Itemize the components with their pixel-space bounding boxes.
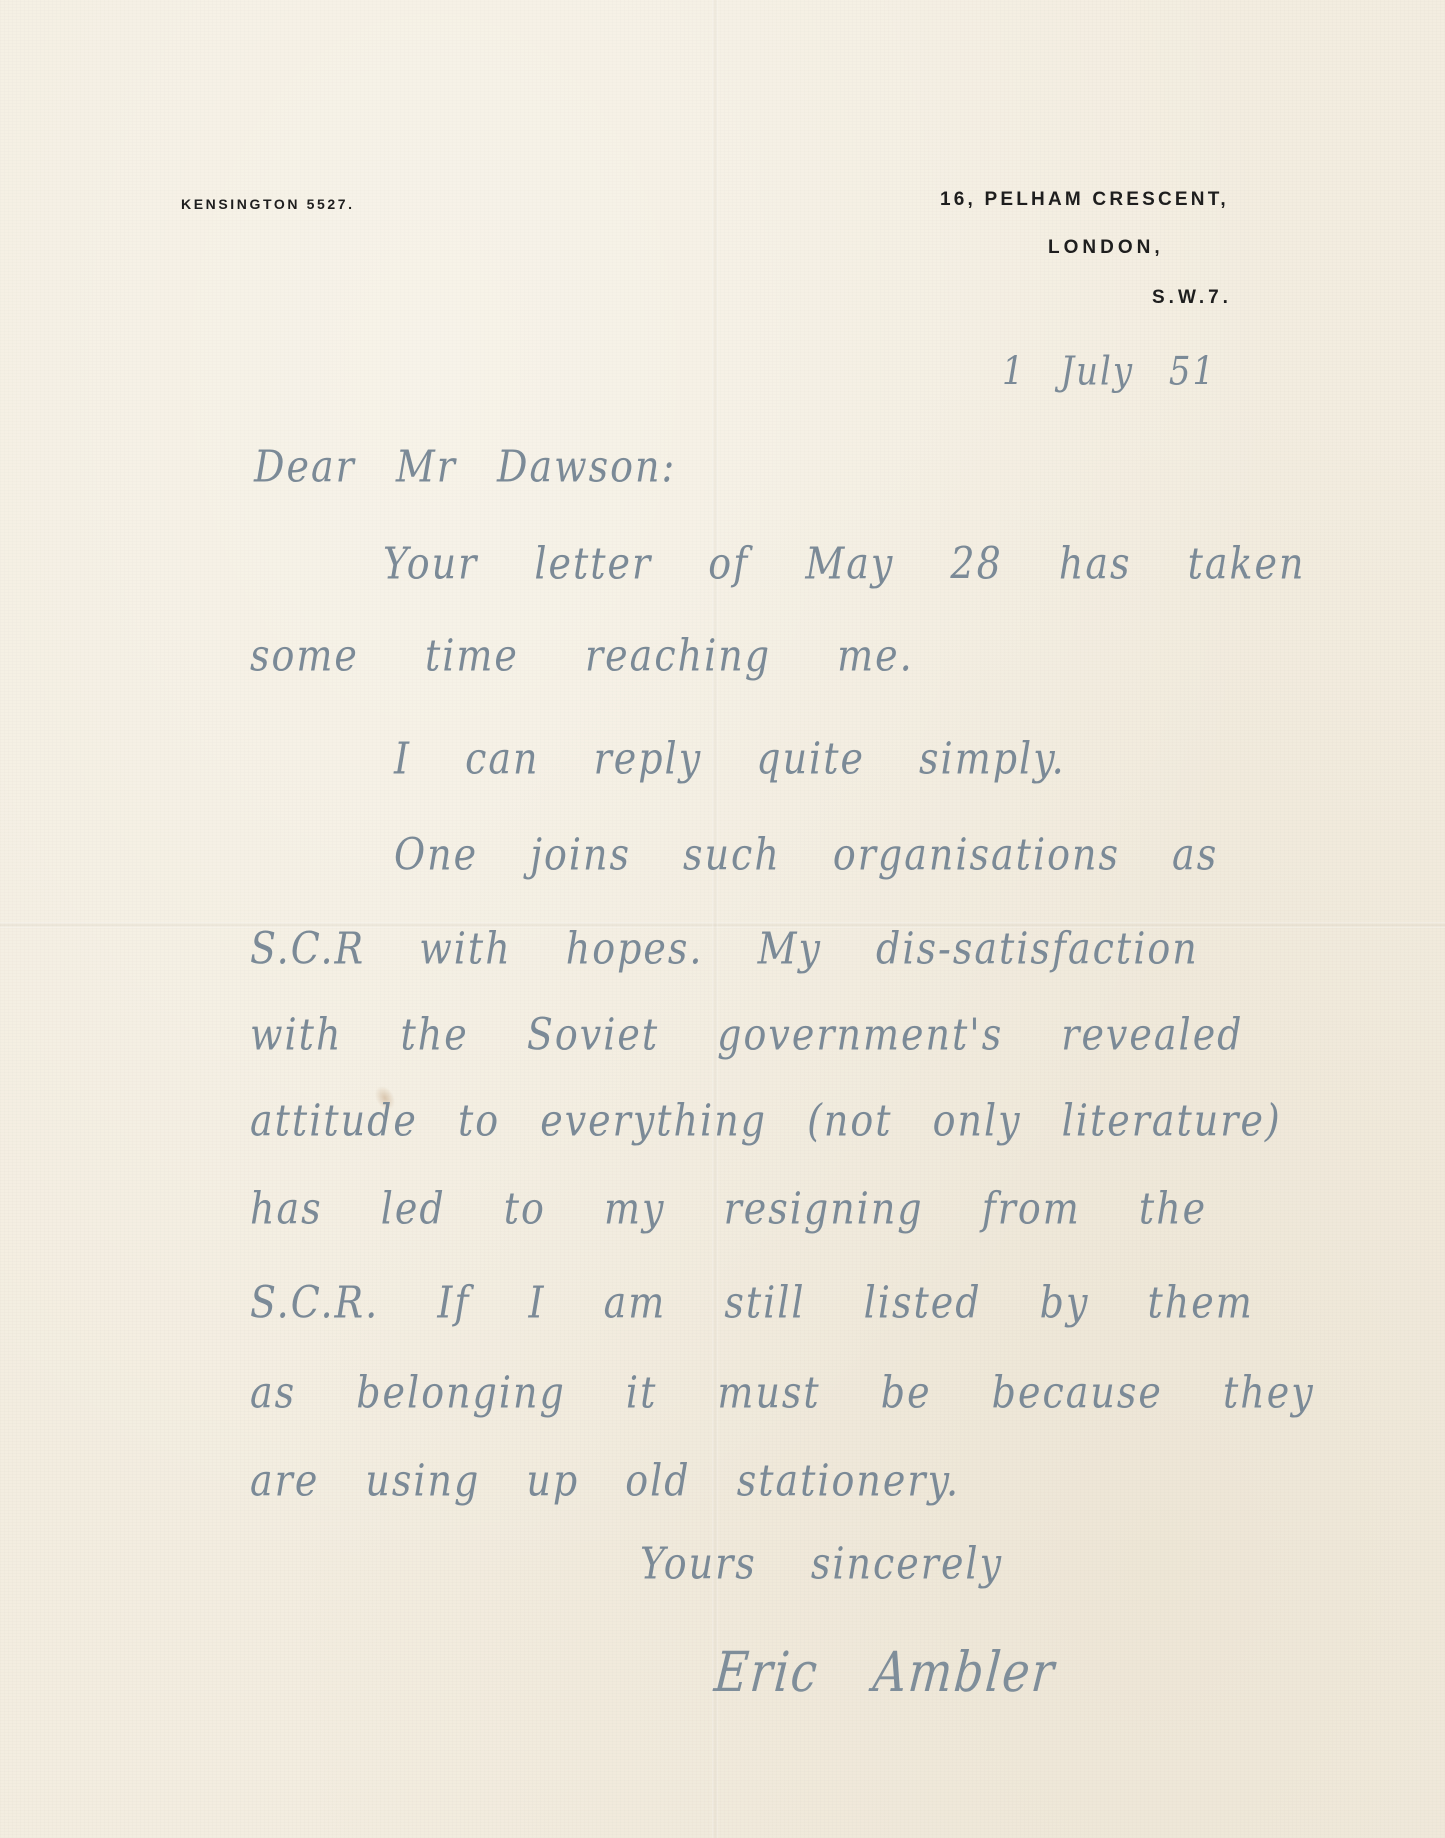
- body-line: One joins such organisations as: [394, 829, 1218, 880]
- letterhead-address-postcode: S.W.7.: [1152, 287, 1232, 309]
- letterhead-telephone: KENSINGTON 5527.: [181, 196, 355, 212]
- body-line: S.C.R. If I am still listed by them: [250, 1277, 1254, 1328]
- body-line: has led to my resigning from the: [250, 1183, 1207, 1234]
- body-line: are using up old stationery.: [250, 1455, 960, 1506]
- body-line: some time reaching me.: [250, 630, 914, 681]
- letter-closing: Yours sincerely: [640, 1538, 1003, 1589]
- signature: Eric Ambler: [712, 1639, 1059, 1704]
- letterhead-address-street: 16, PELHAM CRESCENT,: [940, 189, 1229, 211]
- letter-date: 1 July 51: [1002, 349, 1216, 395]
- letter-salutation: Dear Mr Dawson:: [254, 441, 676, 492]
- body-line: S.C.R with hopes. My dis-satisfaction: [250, 923, 1199, 974]
- letterhead-address-city: LONDON,: [1048, 237, 1164, 259]
- body-line: attitude to everything (not only literat…: [250, 1095, 1282, 1146]
- body-line: Your letter of May 28 has taken: [383, 538, 1305, 589]
- body-line: with the Soviet government's revealed: [250, 1009, 1244, 1060]
- letter-page: KENSINGTON 5527. 16, PELHAM CRESCENT, LO…: [0, 0, 1445, 1838]
- body-line: I can reply quite simply.: [394, 733, 1066, 784]
- body-line: as belonging it must be because they: [250, 1367, 1315, 1418]
